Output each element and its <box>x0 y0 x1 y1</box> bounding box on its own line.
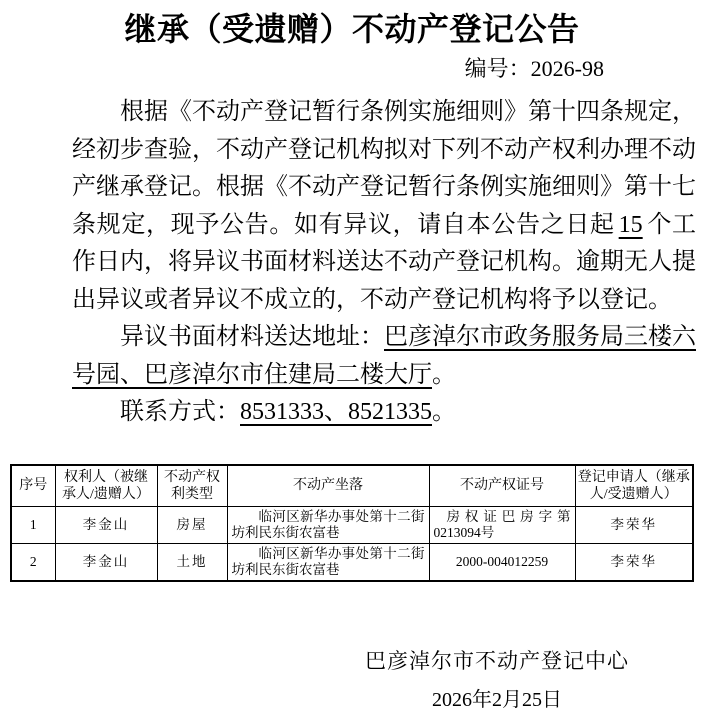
page-title: 继承（受遗赠）不动产登记公告 <box>0 8 704 50</box>
cell-location: 临河区新华办事处第十二街坊利民东街农富巷 <box>227 543 429 581</box>
header-cert-no: 不动产权证号 <box>429 465 575 507</box>
cell-location: 临河区新华办事处第十二街坊利民东街农富巷 <box>227 506 429 543</box>
header-seq: 序号 <box>11 465 55 507</box>
cell-seq: 1 <box>11 506 55 543</box>
objection-days-underlined: 15 <box>619 212 643 238</box>
issuing-organization: 巴彦淖尔市不动产登记中心 <box>290 648 704 675</box>
header-holder: 权利人（被继承人/遗赠人） <box>55 465 157 507</box>
cell-cert-no: 2000-004012259 <box>429 543 575 581</box>
cell-applicant: 李荣华 <box>575 506 693 543</box>
header-location: 不动产坐落 <box>227 465 429 507</box>
address-label: 异议书面材料送达地址： <box>120 324 384 350</box>
issue-date: 2026年2月25日 <box>290 687 704 708</box>
doc-number: 编号：2026-98 <box>0 54 704 84</box>
paragraph-regulation: 根据《不动产登记暂行条例实施细则》第十四条规定，经初步查验，不动产登记机构拟对下… <box>72 94 696 319</box>
cell-holder: 李金山 <box>55 506 157 543</box>
header-applicant: 登记申请人（继承人/受遗赠人） <box>575 465 693 507</box>
contact-phones-underlined: 8531333、8521335 <box>240 399 432 425</box>
paragraph-contact: 联系方式：8531333、8521335。 <box>72 394 696 432</box>
table-row: 1 李金山 房屋 临河区新华办事处第十二街坊利民东街农富巷 房权证巴房字第021… <box>11 506 693 543</box>
signature-block: 巴彦淖尔市不动产登记中心 2026年2月25日 <box>0 648 704 708</box>
cell-type: 房屋 <box>157 506 227 543</box>
notice-document: 继承（受遗赠）不动产登记公告 编号：2026-98 根据《不动产登记暂行条例实施… <box>0 0 704 708</box>
table-row: 2 李金山 土地 临河区新华办事处第十二街坊利民东街农富巷 2000-00401… <box>11 543 693 581</box>
contact-period: 。 <box>432 399 456 425</box>
registration-table: 序号 权利人（被继承人/遗赠人） 不动产权利类型 不动产坐落 不动产权证号 登记… <box>10 464 694 582</box>
cell-type: 土地 <box>157 543 227 581</box>
contact-label: 联系方式： <box>120 399 240 425</box>
paragraph-regulation-text-a: 根据《不动产登记暂行条例实施细则》第十四条规定，经初步查验，不动产登记机构拟对下… <box>72 99 696 238</box>
cell-cert-no: 房权证巴房字第0213094号 <box>429 506 575 543</box>
cell-seq: 2 <box>11 543 55 581</box>
cell-holder: 李金山 <box>55 543 157 581</box>
notice-body: 根据《不动产登记暂行条例实施细则》第十四条规定，经初步查验，不动产登记机构拟对下… <box>72 94 696 432</box>
cell-applicant: 李荣华 <box>575 543 693 581</box>
table-header-row: 序号 权利人（被继承人/遗赠人） 不动产权利类型 不动产坐落 不动产权证号 登记… <box>11 465 693 507</box>
address-period: 。 <box>432 362 456 388</box>
header-type: 不动产权利类型 <box>157 465 227 507</box>
paragraph-address: 异议书面材料送达地址：巴彦淖尔市政务服务局三楼六号园、巴彦淖尔市住建局二楼大厅。 <box>72 319 696 394</box>
